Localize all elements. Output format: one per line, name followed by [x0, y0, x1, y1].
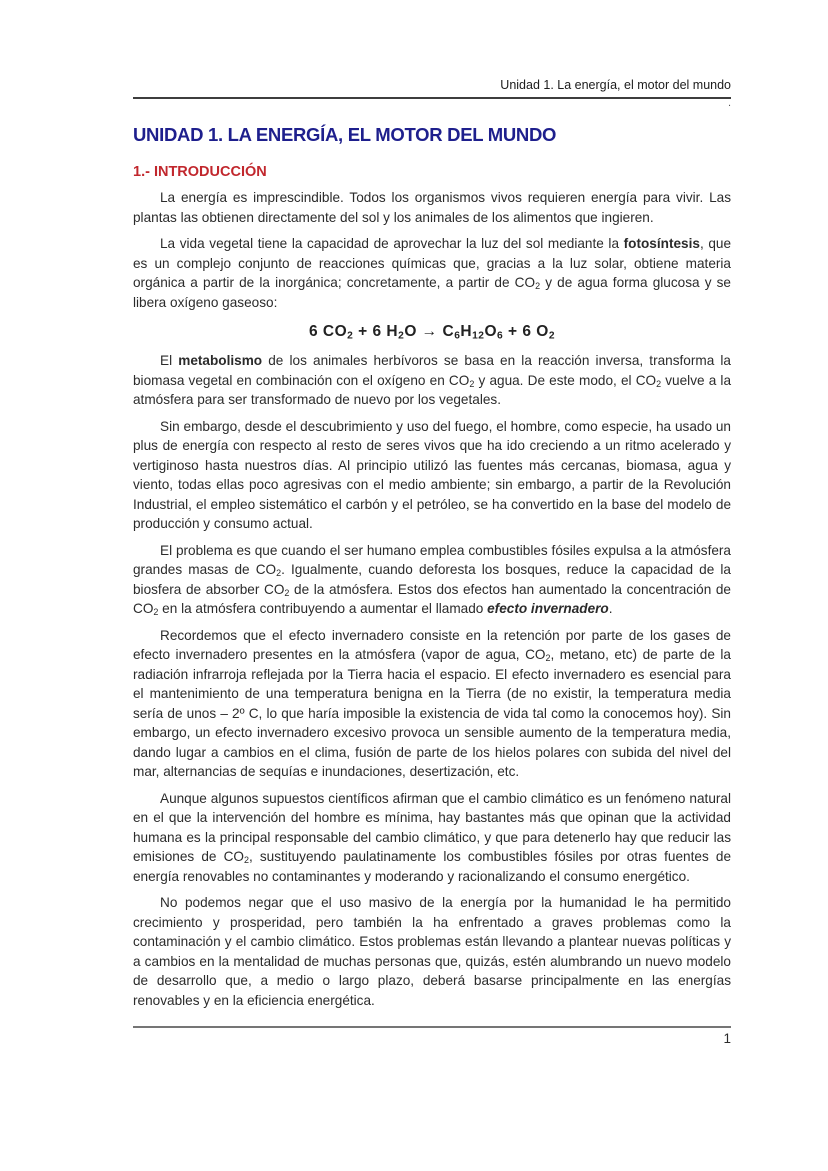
subscript: 2 — [549, 331, 555, 342]
text-run: El — [160, 353, 178, 368]
footer: 1 — [133, 1026, 731, 1046]
text-run: La vida vegetal tiene la capacidad de ap… — [160, 236, 624, 251]
text-run: en la atmósfera contribuyendo a aumentar… — [158, 601, 487, 616]
paragraph-container: La energía es imprescindible. Todos los … — [133, 188, 731, 1010]
document-page: Unidad 1. La energía, el motor del mundo… — [0, 0, 828, 1171]
text-run: + 6 H — [353, 323, 398, 340]
text-run: 6 CO — [309, 323, 347, 340]
subscript: 12 — [472, 331, 484, 342]
paragraph: Recordemos que el efecto invernadero con… — [133, 626, 731, 782]
text-run: La energía es imprescindible. Todos los … — [133, 190, 731, 225]
text-run: H — [460, 323, 472, 340]
text-run: fotosíntesis — [624, 236, 700, 251]
text-run: y agua. De este modo, el CO — [474, 373, 656, 388]
text-run: metabolismo — [178, 353, 262, 368]
header-stray-mark: . — [133, 99, 731, 108]
paragraph: No podemos negar que el uso masivo de la… — [133, 893, 731, 1010]
section-heading-introduccion: 1.- INTRODUCCIÓN — [133, 163, 731, 181]
paragraph: El metabolismo de los animales herbívoro… — [133, 351, 731, 410]
text-run: No podemos negar que el uso masivo de la… — [133, 895, 731, 1008]
text-run: O — [484, 323, 497, 340]
chemical-equation: 6 CO2 + 6 H2O → C6H12O6 + 6 O2 — [133, 321, 731, 342]
paragraph: El problema es que cuando el ser humano … — [133, 541, 731, 619]
text-run: O → C — [404, 323, 454, 340]
running-header: Unidad 1. La energía, el motor del mundo — [133, 78, 731, 99]
footer-rule — [133, 1026, 731, 1028]
paragraph: Sin embargo, desde el descubrimiento y u… — [133, 417, 731, 534]
text-run: efecto invernadero — [487, 601, 609, 616]
text-run: Sin embargo, desde el descubrimiento y u… — [133, 419, 731, 532]
page-title: UNIDAD 1. LA ENERGÍA, EL MOTOR DEL MUNDO — [133, 124, 731, 146]
paragraph: La vida vegetal tiene la capacidad de ap… — [133, 234, 731, 312]
text-run: + 6 O — [503, 323, 549, 340]
page-number: 1 — [133, 1031, 731, 1046]
text-run: , metano, etc) de parte de la radiación … — [133, 647, 731, 779]
paragraph: Aunque algunos supuestos científicos afi… — [133, 789, 731, 887]
text-run: . — [609, 601, 613, 616]
paragraph: La energía es imprescindible. Todos los … — [133, 188, 731, 227]
